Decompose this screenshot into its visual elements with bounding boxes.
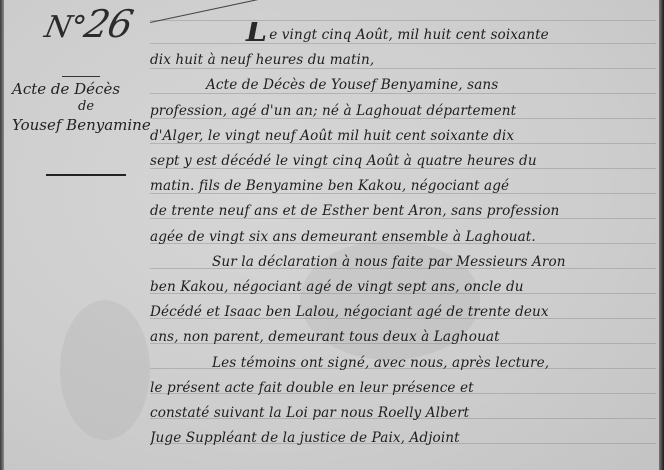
margin-title-line2: de	[12, 98, 152, 116]
record-line: Le vingt cinq Août, mil huit cent soixan…	[150, 22, 658, 48]
ruled-line	[150, 20, 656, 21]
record-line: sept y est décédé le vingt cinq Août à q…	[150, 149, 658, 174]
record-margin: N°26 Acte de Décès de Yousef Benyamine	[6, 0, 156, 470]
margin-title-line1: Acte de Décès	[12, 80, 152, 98]
record-line: Acte de Décès de Yousef Benyamine, sans	[150, 73, 658, 98]
record-body: Le vingt cinq Août, mil huit cent soixan…	[150, 22, 658, 451]
page-binding-edge-right	[659, 0, 664, 470]
deceased-name: Yousef Benyamine	[12, 116, 152, 134]
record-line-text: e vingt cinq Août, mil huit cent soixant…	[269, 27, 549, 43]
document-page: N°26 Acte de Décès de Yousef Benyamine L…	[0, 0, 664, 470]
record-line: Juge Suppléant de la justice de Paix, Ad…	[150, 426, 658, 451]
record-line: profession, agé d'un an; né à Laghouat d…	[150, 99, 658, 124]
margin-title: Acte de Décès de Yousef Benyamine	[12, 80, 152, 134]
act-number: N°26	[41, 2, 136, 46]
record-line: agée de vingt six ans demeurant ensemble…	[150, 225, 658, 250]
drop-cap: L	[246, 22, 267, 48]
name-underline	[46, 174, 126, 176]
number-underline	[62, 76, 100, 77]
record-line: Sur la déclaration à nous faite par Mess…	[150, 250, 658, 275]
record-line: Les témoins ont signé, avec nous, après …	[150, 351, 658, 376]
page-binding-edge-left	[0, 0, 4, 470]
record-line: d'Alger, le vingt neuf Août mil huit cen…	[150, 124, 658, 149]
record-line: matin. fils de Benyamine ben Kakou, négo…	[150, 174, 658, 199]
record-line: de trente neuf ans et de Esther bent Aro…	[150, 199, 658, 224]
act-number-value: 26	[81, 2, 137, 46]
record-line: Décédé et Isaac ben Lalou, négociant agé…	[150, 300, 658, 325]
record-line: ben Kakou, négociant agé de vingt sept a…	[150, 275, 658, 300]
record-line: constaté suivant la Loi par nous Roelly …	[150, 401, 658, 426]
record-line: le présent acte fait double en leur prés…	[150, 376, 658, 401]
record-line: dix huit à neuf heures du matin,	[150, 48, 658, 73]
record-line: ans, non parent, demeurant tous deux à L…	[150, 325, 658, 350]
